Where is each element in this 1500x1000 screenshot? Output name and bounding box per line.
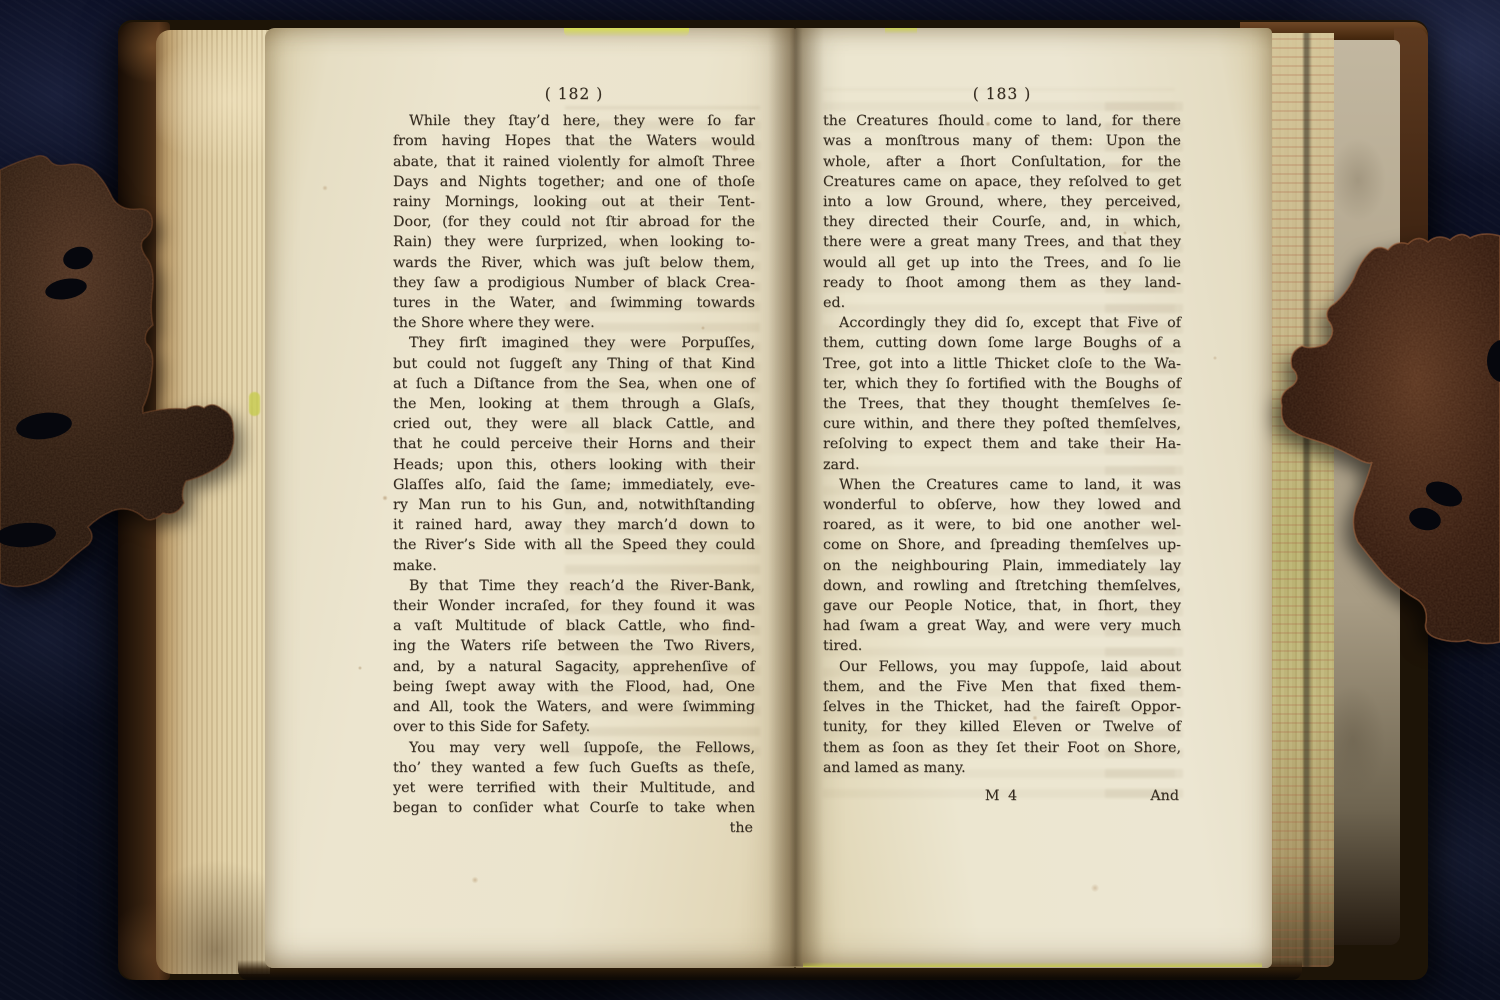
text-line: the River’s Side with all the Speed they…	[393, 535, 755, 555]
text-line: had ſwam a great Way, and were very much	[823, 616, 1181, 636]
text-line: a vaſt Multitude of black Cattle, who fi…	[393, 616, 755, 636]
text-line: on the neighbouring Plain, immediately l…	[823, 556, 1181, 576]
text-line: at ſuch a Diſtance from the Sea, when on…	[393, 374, 755, 394]
text-line: By that Time they reach’d the River-Bank…	[393, 576, 755, 596]
text-line: was a monſtrous many of them: Upon the	[823, 131, 1181, 151]
text-line: Tree, got into a little Thicket cloſe to…	[823, 354, 1181, 374]
catchword-right: And	[1150, 786, 1181, 806]
text-line: When the Creatures came to land, it was	[823, 475, 1181, 495]
text-line: tunity, for they killed Eleven or Twelve…	[823, 717, 1181, 737]
text-line: and lamed as many.	[823, 758, 1181, 778]
text-line: ſelves in the Thicket, had the faireſt O…	[823, 697, 1181, 717]
text-line: Heads; upon this, others looking with th…	[393, 455, 755, 475]
text-line: the Creatures ſhould come to land, for t…	[823, 111, 1181, 131]
left-page-text: While they ſtay’d here, they were ſo far…	[393, 111, 755, 818]
text-line: the Trees, that they thought themſelves …	[823, 394, 1181, 414]
text-line: ry Man run to his Gun, and, notwithſtand…	[393, 495, 755, 515]
text-line: and All, took the Waters, and were ſwimm…	[393, 697, 755, 717]
text-line: and, by a natural Sagacity, apprehenſive…	[393, 657, 755, 677]
catchword-left: the	[730, 820, 753, 836]
text-line: them, cutting down ſome large Boughs of …	[823, 333, 1181, 353]
text-line: make.	[393, 556, 755, 576]
text-line: You may very well ſuppoſe, the Fellows,	[393, 738, 755, 758]
text-line: whole, after a ſhort Conſultation, for t…	[823, 152, 1181, 172]
text-line: they directed their Courſe, and, in whic…	[823, 212, 1181, 232]
text-line: tures in the Water, and ſwimming towards	[393, 293, 755, 313]
text-line: Days and Nights together; and one of tho…	[393, 172, 755, 192]
text-line: them as ſoon as they ſet their Foot on S…	[823, 738, 1181, 758]
text-line: reſolving to expect them and take their …	[823, 434, 1181, 454]
text-line: from having Hopes that the Waters would	[393, 131, 755, 151]
text-line: Creatures came on apace, they reſolved t…	[823, 172, 1181, 192]
text-line: Accordingly they did ſo, except that Fiv…	[823, 313, 1181, 333]
text-line: gave our People Notice, that, in ſhort, …	[823, 596, 1181, 616]
text-line: ready to ſhoot among them as they land-	[823, 273, 1181, 293]
text-line: yet were terrified with their Multitude,…	[393, 778, 755, 798]
catchword-row: the	[393, 818, 755, 838]
left-page-block-edge	[156, 30, 270, 974]
text-line: Rain) they were ſurprized, when looking …	[393, 232, 755, 252]
text-line: they ſaw a prodigious Number of black Cr…	[393, 273, 755, 293]
yellow-edge-mark	[249, 392, 260, 416]
left-page-text-column: ( 182 ) While they ſtay’d here, they wer…	[393, 84, 755, 839]
page-number-left: ( 182 )	[393, 84, 755, 104]
text-line: ter, which they ſo fortified with the Bo…	[823, 374, 1181, 394]
text-line: them, and the Five Men that fixed them-	[823, 677, 1181, 697]
text-line: over to this Side for Safety.	[393, 717, 755, 737]
text-line: tired.	[823, 636, 1181, 656]
text-line: roared, as it were, to bid one another w…	[823, 515, 1181, 535]
text-line: Our Fellows, you may ſuppoſe, laid about	[823, 657, 1181, 677]
text-line: their Wonder incraſed, for they found it…	[393, 596, 755, 616]
text-line: cried out, they were all black Cattle, a…	[393, 414, 755, 434]
text-line: it rained hard, away they march’d down t…	[393, 515, 755, 535]
right-page-text: the Creatures ſhould come to land, for t…	[823, 111, 1181, 778]
text-line: They firſt imagined they were Porpuſſes,	[393, 333, 755, 353]
text-line: wonderful to obſerve, how they lowed and	[823, 495, 1181, 515]
text-line: Glaſſes alſo, ſaid the ſame; immediately…	[393, 475, 755, 495]
text-line: would all get up into the Trees, and ſo …	[823, 253, 1181, 273]
photo-background: ( 182 ) While they ſtay’d here, they wer…	[0, 0, 1500, 1000]
text-line: ed.	[823, 293, 1181, 313]
yellow-edge-mark	[564, 28, 689, 37]
text-line: Door, (for they could not ſtir abroad fo…	[393, 212, 755, 232]
text-line: rainy Mornings, looking out at their Ten…	[393, 192, 755, 212]
inside-cover-parchment	[1328, 40, 1400, 945]
text-line: being ſwept away with the Flood, had, On…	[393, 677, 755, 697]
text-line: the Men, looking at them through a Glaſs…	[393, 394, 755, 414]
text-line: come on Shore, and ſpreading themſelves …	[823, 535, 1181, 555]
text-line: began to conſider what Courſe to take wh…	[393, 798, 755, 818]
yellow-edge-mark	[885, 28, 917, 34]
text-line: that he could perceive their Horns and t…	[393, 434, 755, 454]
signature-row: M 4 And	[823, 786, 1181, 806]
signature-mark: M 4	[985, 786, 1019, 806]
right-fore-edge	[1268, 33, 1334, 967]
text-line: wards the River, which was juſt below th…	[393, 253, 755, 273]
text-line: into a low Ground, where, they perceived…	[823, 192, 1181, 212]
text-line: there were a great many Trees, and that …	[823, 232, 1181, 252]
text-line: down, and rowling and ſtretching themſel…	[823, 576, 1181, 596]
right-page: ( 183 ) the Creatures ſhould come to lan…	[795, 28, 1272, 968]
text-line: cure within, and there they poſted themſ…	[823, 414, 1181, 434]
text-line: While they ſtay’d here, they were ſo far	[393, 111, 755, 131]
text-line: the Shore where they were.	[393, 313, 755, 333]
page-number-right: ( 183 )	[823, 84, 1181, 104]
left-page: ( 182 ) While they ſtay’d here, they wer…	[265, 28, 795, 968]
text-line: tho’ they wanted a few ſuch Gueſts as th…	[393, 758, 755, 778]
text-line: ing the Waters riſe between the Two Rive…	[393, 636, 755, 656]
text-line: but could not ſuggeſt any Thing of that …	[393, 354, 755, 374]
right-page-text-column: ( 183 ) the Creatures ſhould come to lan…	[823, 84, 1181, 806]
text-line: abate, that it rained violently for almo…	[393, 152, 755, 172]
text-line: zard.	[823, 455, 1181, 475]
yellow-edge-mark	[803, 962, 1262, 967]
